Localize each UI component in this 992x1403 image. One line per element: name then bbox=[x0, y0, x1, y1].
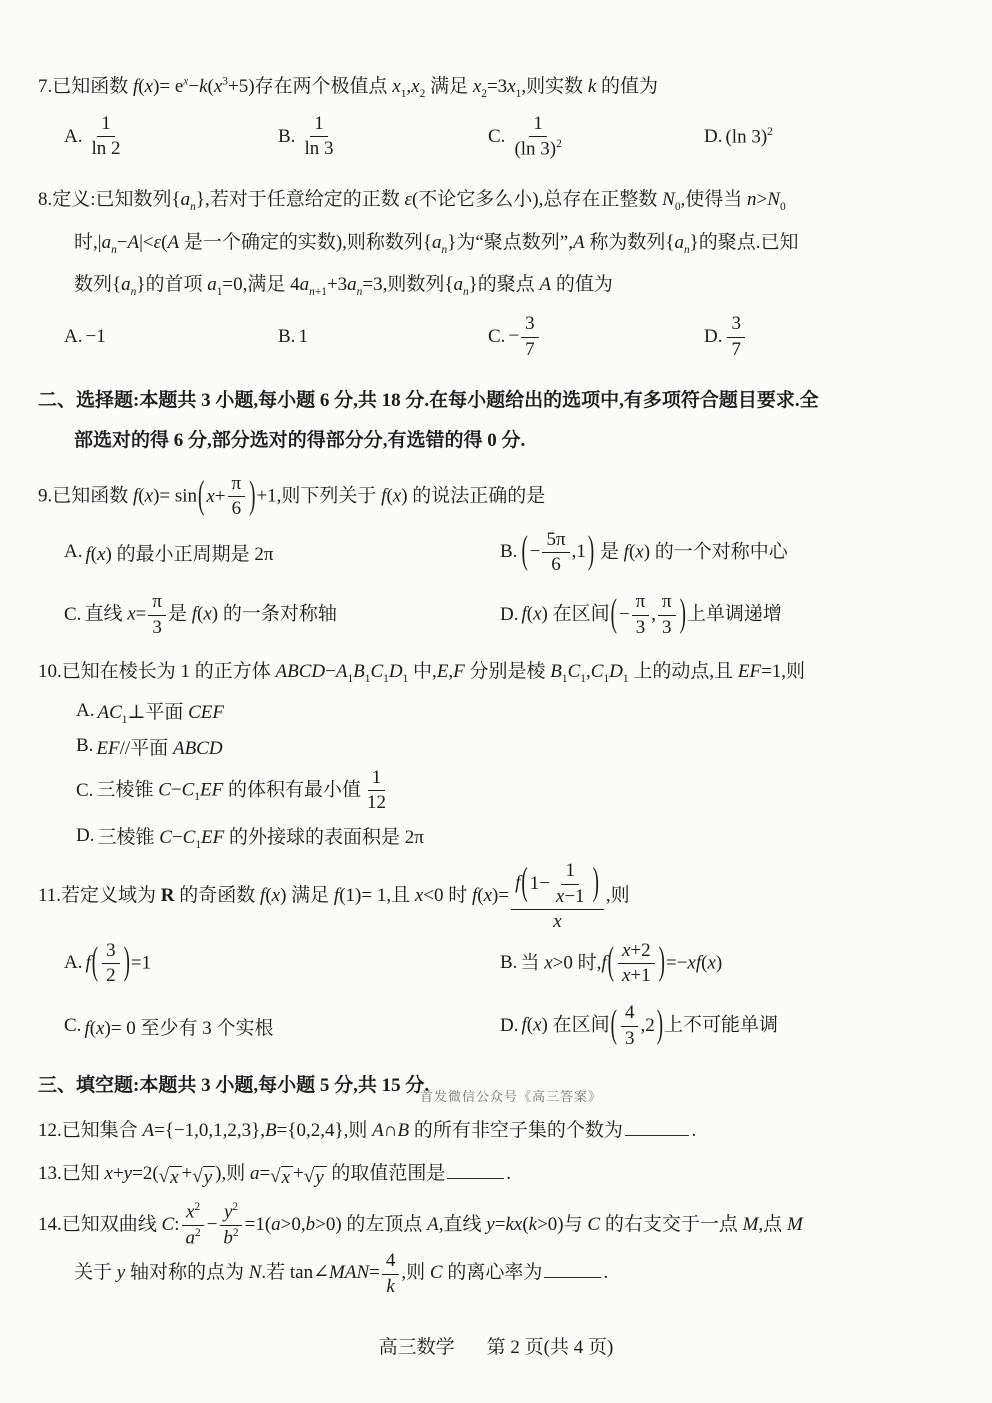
option-value: f(x) 的最小正周期是 2π bbox=[85, 539, 273, 566]
question-10: 10.已知在棱长为 1 的正方体 ABCD−A1B1C1D1 中,E,F 分别是… bbox=[38, 655, 954, 850]
option-label: C. bbox=[64, 1015, 81, 1037]
question-10-option-a: A.AC1⊥平面 CEF bbox=[76, 697, 954, 726]
question-9-option-a: A.f(x) 的最小正周期是 2π bbox=[64, 539, 500, 566]
question-11-option-a: A.f(32)=1 bbox=[64, 940, 500, 988]
question-7-option-d: D.(ln 3)2 bbox=[704, 126, 954, 148]
section-2-heading: 二、选择题:本题共 3 小题,每小题 6 分,共 18 分.在每小题给出的选项中… bbox=[38, 381, 954, 461]
option-value: f(x)= 0 至少有 3 个实根 bbox=[84, 1013, 273, 1040]
question-10-stem: 10.已知在棱长为 1 的正方体 ABCD−A1B1C1D1 中,E,F 分别是… bbox=[38, 655, 954, 690]
option-value: EF//平面 ABCD bbox=[96, 733, 222, 760]
option-label: B. bbox=[278, 326, 295, 348]
option-value: (−5π6,1) 是 f(x) 的一个对称中心 bbox=[520, 529, 787, 577]
option-label: D. bbox=[500, 1015, 518, 1037]
option-value: 1ln 2 bbox=[85, 113, 126, 161]
question-8: 8.定义:已知数列{an},若对于任意给定的正数 ε(不论它多么小),总存在正整… bbox=[38, 179, 954, 361]
option-value: 1(ln 3)2 bbox=[508, 113, 567, 161]
question-7-options: A.1ln 2 B.1ln 3 C.1(ln 3)2 D.(ln 3)2 bbox=[38, 113, 954, 161]
page-footer: 高三数学第 2 页(共 4 页) bbox=[0, 1332, 992, 1359]
question-13: 13.已知 x+y=2(√x+√y),则 a=√x+√y 的取值范围是. bbox=[38, 1157, 954, 1190]
question-14-stem: 14.已知双曲线 C:x2a2−y2b2=1(a>0,b>0) 的左顶点 A,直… bbox=[38, 1201, 954, 1298]
question-7-option-c: C.1(ln 3)2 bbox=[488, 113, 704, 161]
question-8-option-a: A.−1 bbox=[64, 326, 278, 348]
option-value: (ln 3)2 bbox=[725, 126, 772, 148]
question-13-stem: 13.已知 x+y=2(√x+√y),则 a=√x+√y 的取值范围是. bbox=[38, 1157, 954, 1190]
question-11-option-c: C.f(x)= 0 至少有 3 个实根 bbox=[64, 1013, 500, 1040]
option-label: D. bbox=[500, 604, 518, 626]
question-12: 12.已知集合 A={−1,0,1,2,3},B={0,2,4},则 A∩B 的… bbox=[38, 1114, 954, 1147]
question-8-option-b: B.1 bbox=[278, 326, 488, 348]
option-value: −1 bbox=[85, 326, 105, 348]
question-11-options: A.f(32)=1 B.当 x>0 时,f(x+2x+1)=−xf(x) C.f… bbox=[38, 940, 954, 1051]
question-14: 14.已知双曲线 C:x2a2−y2b2=1(a>0,b>0) 的左顶点 A,直… bbox=[38, 1201, 954, 1298]
question-7-stem: 7.已知函数 f(x)= ex−k(x3+5)存在两个极值点 x1,x2 满足 … bbox=[38, 70, 954, 105]
question-10-option-b: B.EF//平面 ABCD bbox=[76, 733, 954, 760]
question-9: 9.已知函数 f(x)= sin(x+π6)+1,则下列关于 f(x) 的说法正… bbox=[38, 473, 954, 639]
question-11: 11.若定义域为 R 的奇函数 f(x) 满足 f(1)= 1,且 x<0 时 … bbox=[38, 860, 954, 1050]
option-value: 37 bbox=[725, 313, 747, 361]
question-9-stem: 9.已知函数 f(x)= sin(x+π6)+1,则下列关于 f(x) 的说法正… bbox=[38, 473, 954, 521]
option-label: C. bbox=[64, 604, 81, 626]
question-11-option-d: D.f(x) 在区间(43,2)上不可能单调 bbox=[500, 1002, 954, 1050]
option-value: 1 bbox=[298, 326, 308, 348]
option-value: 直线 x=π3是 f(x) 的一条对称轴 bbox=[84, 591, 336, 639]
footer-page-number: 第 2 页(共 4 页) bbox=[487, 1337, 614, 1358]
question-7-option-b: B.1ln 3 bbox=[278, 113, 488, 161]
option-label: A. bbox=[64, 541, 82, 563]
option-label: B. bbox=[500, 952, 517, 974]
option-value: f(32)=1 bbox=[85, 940, 151, 988]
option-label: C. bbox=[76, 780, 93, 802]
option-label: C. bbox=[488, 326, 505, 348]
question-10-option-d: D.三棱锥 C−C1EF 的外接球的表面积是 2π bbox=[76, 822, 954, 851]
option-label: A. bbox=[64, 126, 82, 148]
option-label: A. bbox=[76, 700, 94, 722]
question-8-options: A.−1 B.1 C.−37 D.37 bbox=[38, 313, 954, 361]
option-label: D. bbox=[704, 126, 722, 148]
option-value: AC1⊥平面 CEF bbox=[97, 697, 224, 726]
option-label: C. bbox=[488, 126, 505, 148]
question-8-option-d: D.37 bbox=[704, 313, 954, 361]
question-10-options: A.AC1⊥平面 CEF B.EF//平面 ABCD C.三棱锥 C−C1EF … bbox=[38, 697, 954, 850]
question-9-option-d: D.f(x) 在区间(−π3,π3)上单调递增 bbox=[500, 591, 954, 639]
option-label: B. bbox=[500, 541, 517, 563]
option-label: B. bbox=[278, 126, 295, 148]
question-9-option-c: C.直线 x=π3是 f(x) 的一条对称轴 bbox=[64, 591, 500, 639]
option-value: −37 bbox=[508, 313, 540, 361]
question-8-stem: 8.定义:已知数列{an},若对于任意给定的正数 ε(不论它多么小),总存在正整… bbox=[38, 179, 954, 307]
option-label: D. bbox=[76, 825, 94, 847]
option-value: f(x) 在区间(43,2)上不可能单调 bbox=[521, 1002, 778, 1050]
question-11-stem: 11.若定义域为 R 的奇函数 f(x) 满足 f(1)= 1,且 x<0 时 … bbox=[38, 860, 954, 933]
option-value: 1ln 3 bbox=[298, 113, 339, 161]
question-8-option-c: C.−37 bbox=[488, 313, 704, 361]
option-label: A. bbox=[64, 326, 82, 348]
option-value: 三棱锥 C−C1EF 的外接球的表面积是 2π bbox=[97, 822, 423, 851]
question-10-option-c: C.三棱锥 C−C1EF 的体积有最小值112 bbox=[76, 767, 954, 815]
option-value: 当 x>0 时,f(x+2x+1)=−xf(x) bbox=[520, 940, 722, 988]
option-label: B. bbox=[76, 735, 93, 757]
footer-course-title: 高三数学 bbox=[379, 1337, 455, 1358]
option-value: 三棱锥 C−C1EF 的体积有最小值112 bbox=[96, 767, 392, 815]
question-9-options: A.f(x) 的最小正周期是 2π B.(−5π6,1) 是 f(x) 的一个对… bbox=[38, 529, 954, 640]
exam-page: 7.已知函数 f(x)= ex−k(x3+5)存在两个极值点 x1,x2 满足 … bbox=[0, 0, 992, 1403]
question-11-option-b: B.当 x>0 时,f(x+2x+1)=−xf(x) bbox=[500, 940, 954, 988]
question-7-option-a: A.1ln 2 bbox=[64, 113, 278, 161]
option-value: f(x) 在区间(−π3,π3)上单调递增 bbox=[521, 591, 781, 639]
option-label: D. bbox=[704, 326, 722, 348]
question-12-stem: 12.已知集合 A={−1,0,1,2,3},B={0,2,4},则 A∩B 的… bbox=[38, 1114, 954, 1147]
question-9-option-b: B.(−5π6,1) 是 f(x) 的一个对称中心 bbox=[500, 529, 954, 577]
watermark-text: 首发微信公众号《高三答案》 bbox=[420, 1086, 602, 1105]
option-label: A. bbox=[64, 952, 82, 974]
question-7: 7.已知函数 f(x)= ex−k(x3+5)存在两个极值点 x1,x2 满足 … bbox=[38, 70, 954, 161]
